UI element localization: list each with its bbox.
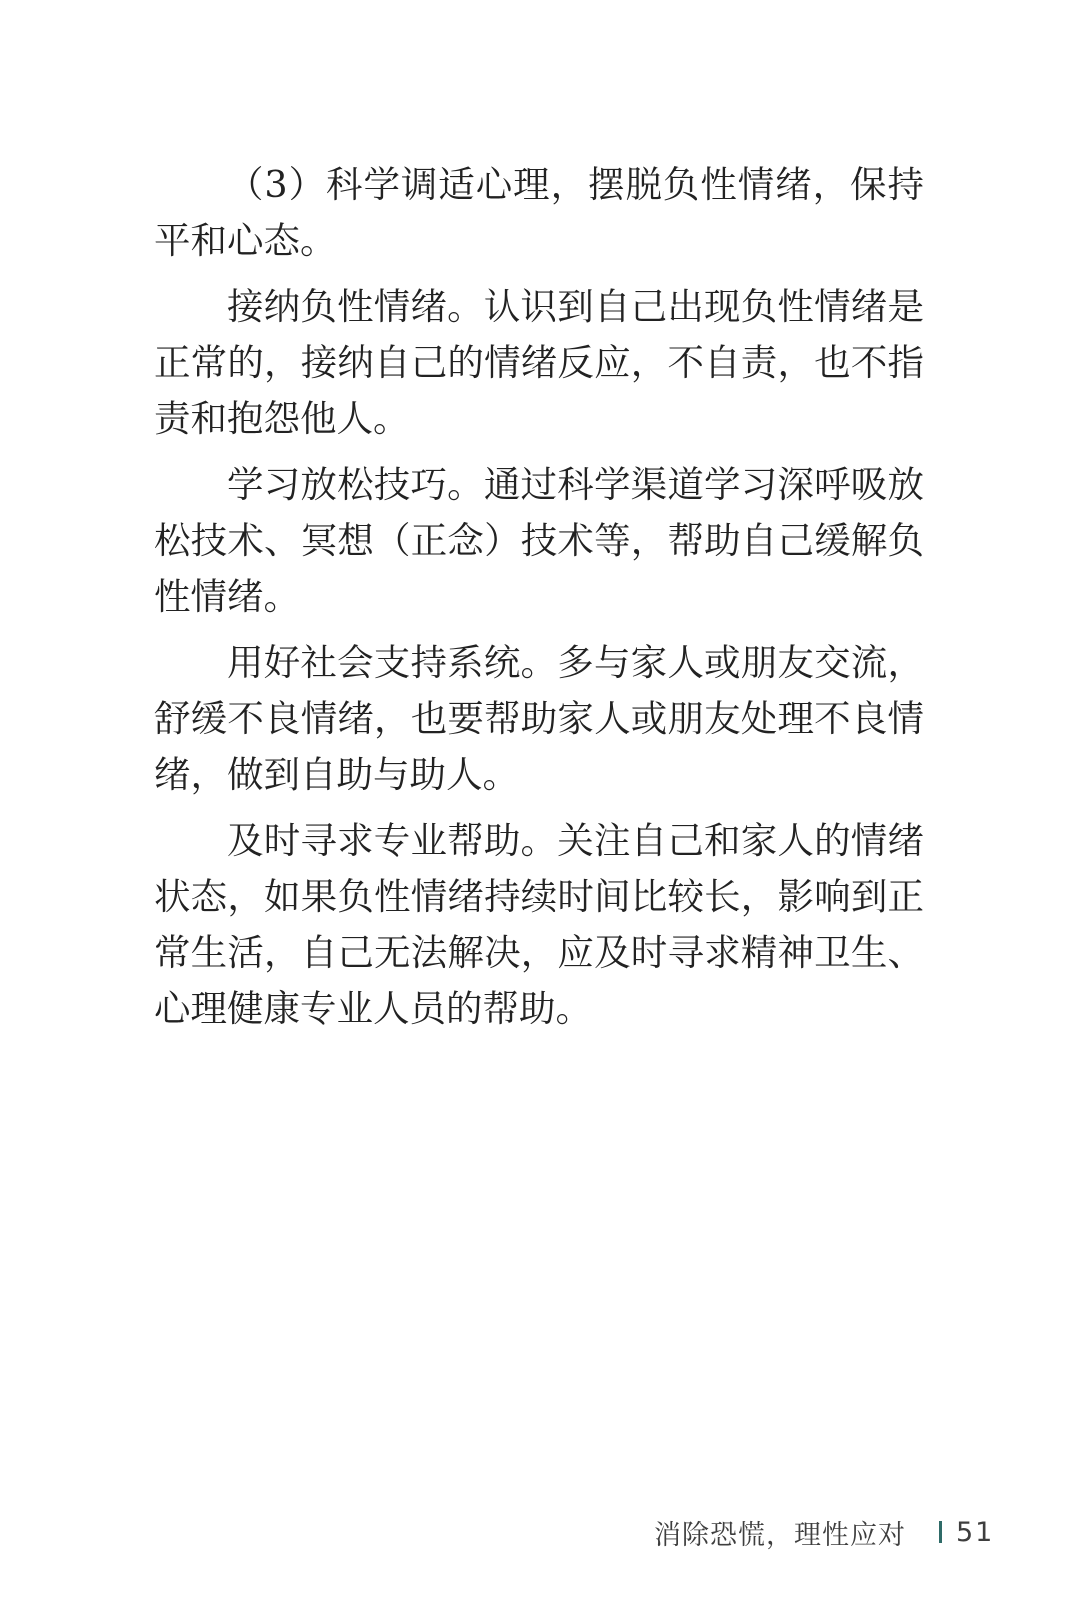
- paragraph-accept-negative-emotions: 接纳负性情绪。认识到自己出现负性情绪是正常的，接纳自己的情绪反应，不自责，也不指…: [154, 279, 924, 447]
- page-number: 51: [956, 1517, 994, 1548]
- footer-divider-bar: [939, 1521, 942, 1543]
- paragraph-relaxation-techniques: 学习放松技巧。通过科学渠道学习深呼吸放松技术、冥想（正念）技术等，帮助自己缓解负…: [154, 457, 924, 625]
- paragraph-heading-3: （3）科学调适心理，摆脱负性情绪，保持平和心态。: [154, 157, 924, 269]
- paragraph-social-support: 用好社会支持系统。多与家人或朋友交流，舒缓不良情绪，也要帮助家人或朋友处理不良情…: [154, 635, 924, 803]
- page-body: （3）科学调适心理，摆脱负性情绪，保持平和心态。 接纳负性情绪。认识到自己出现负…: [154, 157, 924, 1047]
- page-footer: 消除恐慌，理性应对 51: [654, 1514, 994, 1550]
- chapter-title: 消除恐慌，理性应对: [654, 1513, 906, 1552]
- paragraph-professional-help: 及时寻求专业帮助。关注自己和家人的情绪状态，如果负性情绪持续时间比较长，影响到正…: [154, 813, 924, 1037]
- book-page: （3）科学调适心理，摆脱负性情绪，保持平和心态。 接纳负性情绪。认识到自己出现负…: [0, 0, 1080, 1620]
